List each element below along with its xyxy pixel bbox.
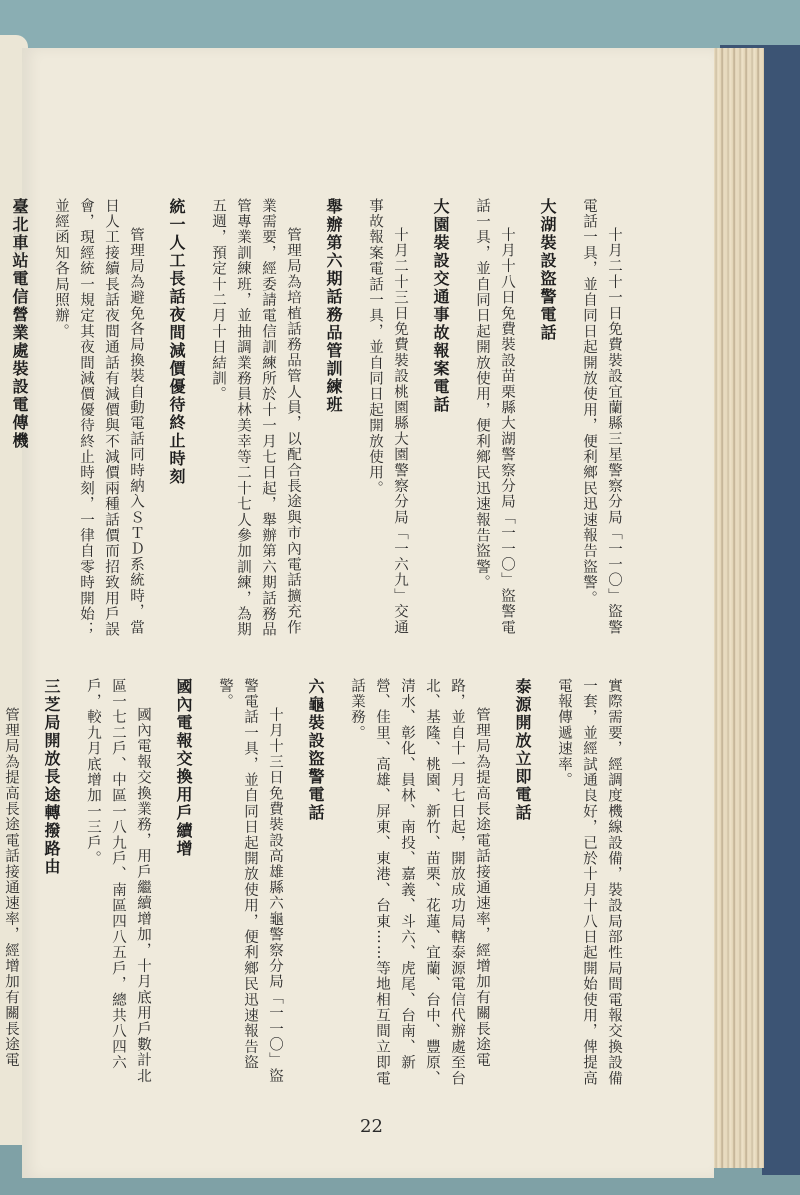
paragraph: 管理局為避免各局換裝自動電話同時納入ＳＴＤ系統時，當日人工接續長話夜間通話有減價… [48, 198, 148, 638]
section-heading: 舉辦第六期話務品管訓練班 [321, 198, 346, 638]
paragraph: 國內電報交換業務，用戶繼續增加，十月底用戶數計北區一七二戶、中區一八九戶、南區四… [80, 678, 155, 1088]
section-heading: 大湖裝設盜警電話 [535, 198, 560, 638]
book-cover [762, 45, 800, 1175]
paragraph: 十月二十三日免費裝設桃園縣大園警察分局「一六九」交通事故報案電話一具，並自同日起… [362, 198, 412, 638]
paragraph: 十月十三日免費裝設高雄縣六龜警察分局「一一〇」盜警電話一具，並自同日起開放使用，… [212, 678, 287, 1088]
paragraph: 十月二十一日免費裝設宜蘭縣三星警察分局「一一〇」盜警電話一具，並自同日起開放使用… [576, 198, 626, 638]
paragraph: 管理局為提高長途電話接通速率，經增加有關長途電路，並自十一月十日起，開放三芝局長… [0, 678, 23, 1088]
section-heading: 泰源開放立即電話 [510, 678, 535, 1088]
section-heading: 國內電報交換用戶續增 [171, 678, 196, 1088]
bottom-text-band: 實際需要，經調度機線設備，裝設局部性局間電報交換設備一套，並經試通良好，已於十月… [6, 678, 626, 1088]
paragraph: 實際需要，經調度機線設備，裝設局部性局間電報交換設備一套，並經試通良好，已於十月… [551, 678, 626, 1088]
paragraph: 管理局為培植話務品管人員，以配合長途與市內電話擴充作業需要，經委請電信訓練所於十… [205, 198, 305, 638]
section-heading: 三芝局開放長途轉撥路由 [39, 678, 64, 1088]
section-heading: 統一人工長話夜間減價優待終止時刻 [164, 198, 189, 638]
section-heading: 六龜裝設盜警電話 [303, 678, 328, 1088]
page-number: 22 [360, 1116, 383, 1137]
page-edges [712, 48, 764, 1168]
paragraph: 十月十八日免費裝設苗栗縣大湖警察分局「一一〇」盜警電話一具，並自同日起開放使用，… [469, 198, 519, 638]
top-text-band: 十月二十一日免費裝設宜蘭縣三星警察分局「一一〇」盜警電話一具，並自同日起開放使用… [0, 198, 626, 638]
paragraph: 管理局為提高長途電話接通速率，經增加有關長途電路，並自十一月七日起，開放成功局轄… [344, 678, 494, 1088]
section-heading: 臺北車站電信營業處裝設電傳機 [7, 198, 32, 638]
section-heading: 大園裝設交通事故報案電話 [428, 198, 453, 638]
book-page: 十月二十一日免費裝設宜蘭縣三星警察分局「一一〇」盜警電話一具，並自同日起開放使用… [22, 48, 714, 1178]
